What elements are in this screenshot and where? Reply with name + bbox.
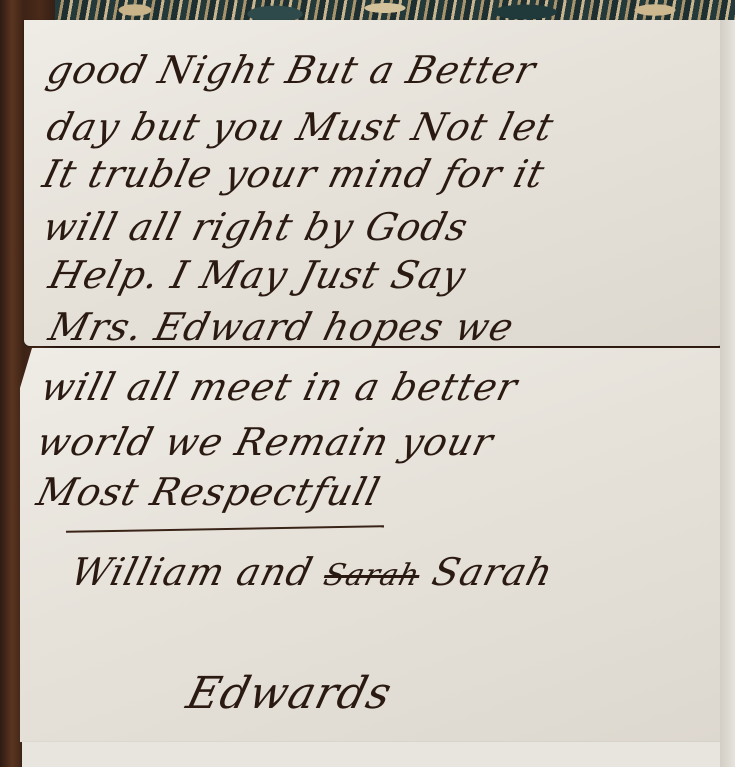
- letter-next-fold: [22, 742, 722, 767]
- letter-line-2: day but you Must Not let: [43, 105, 559, 149]
- struck-word: Sarah: [320, 558, 424, 593]
- letter-line-5: Help. I May Just Say: [45, 253, 471, 297]
- letter-line-7: will all meet in a better: [37, 365, 523, 409]
- signature-names: William and: [67, 550, 318, 594]
- letter-line-6: Mrs. Edward hopes we: [45, 305, 519, 349]
- signature-line-1: William and Sarah Sarah: [67, 550, 558, 594]
- letter-right-edge: [720, 20, 735, 767]
- signature-surname: Edwards: [182, 668, 398, 719]
- letter-line-8: world we Remain your: [33, 420, 499, 464]
- letter-line-9: Most Respectfull: [33, 470, 385, 514]
- signature-name-sarah: Sarah: [428, 550, 558, 594]
- letter-line-4: will all right by Gods: [39, 205, 473, 249]
- letter-line-3: It truble your mind for it: [39, 152, 550, 196]
- letter-line-1: good Night But a Better: [43, 48, 541, 92]
